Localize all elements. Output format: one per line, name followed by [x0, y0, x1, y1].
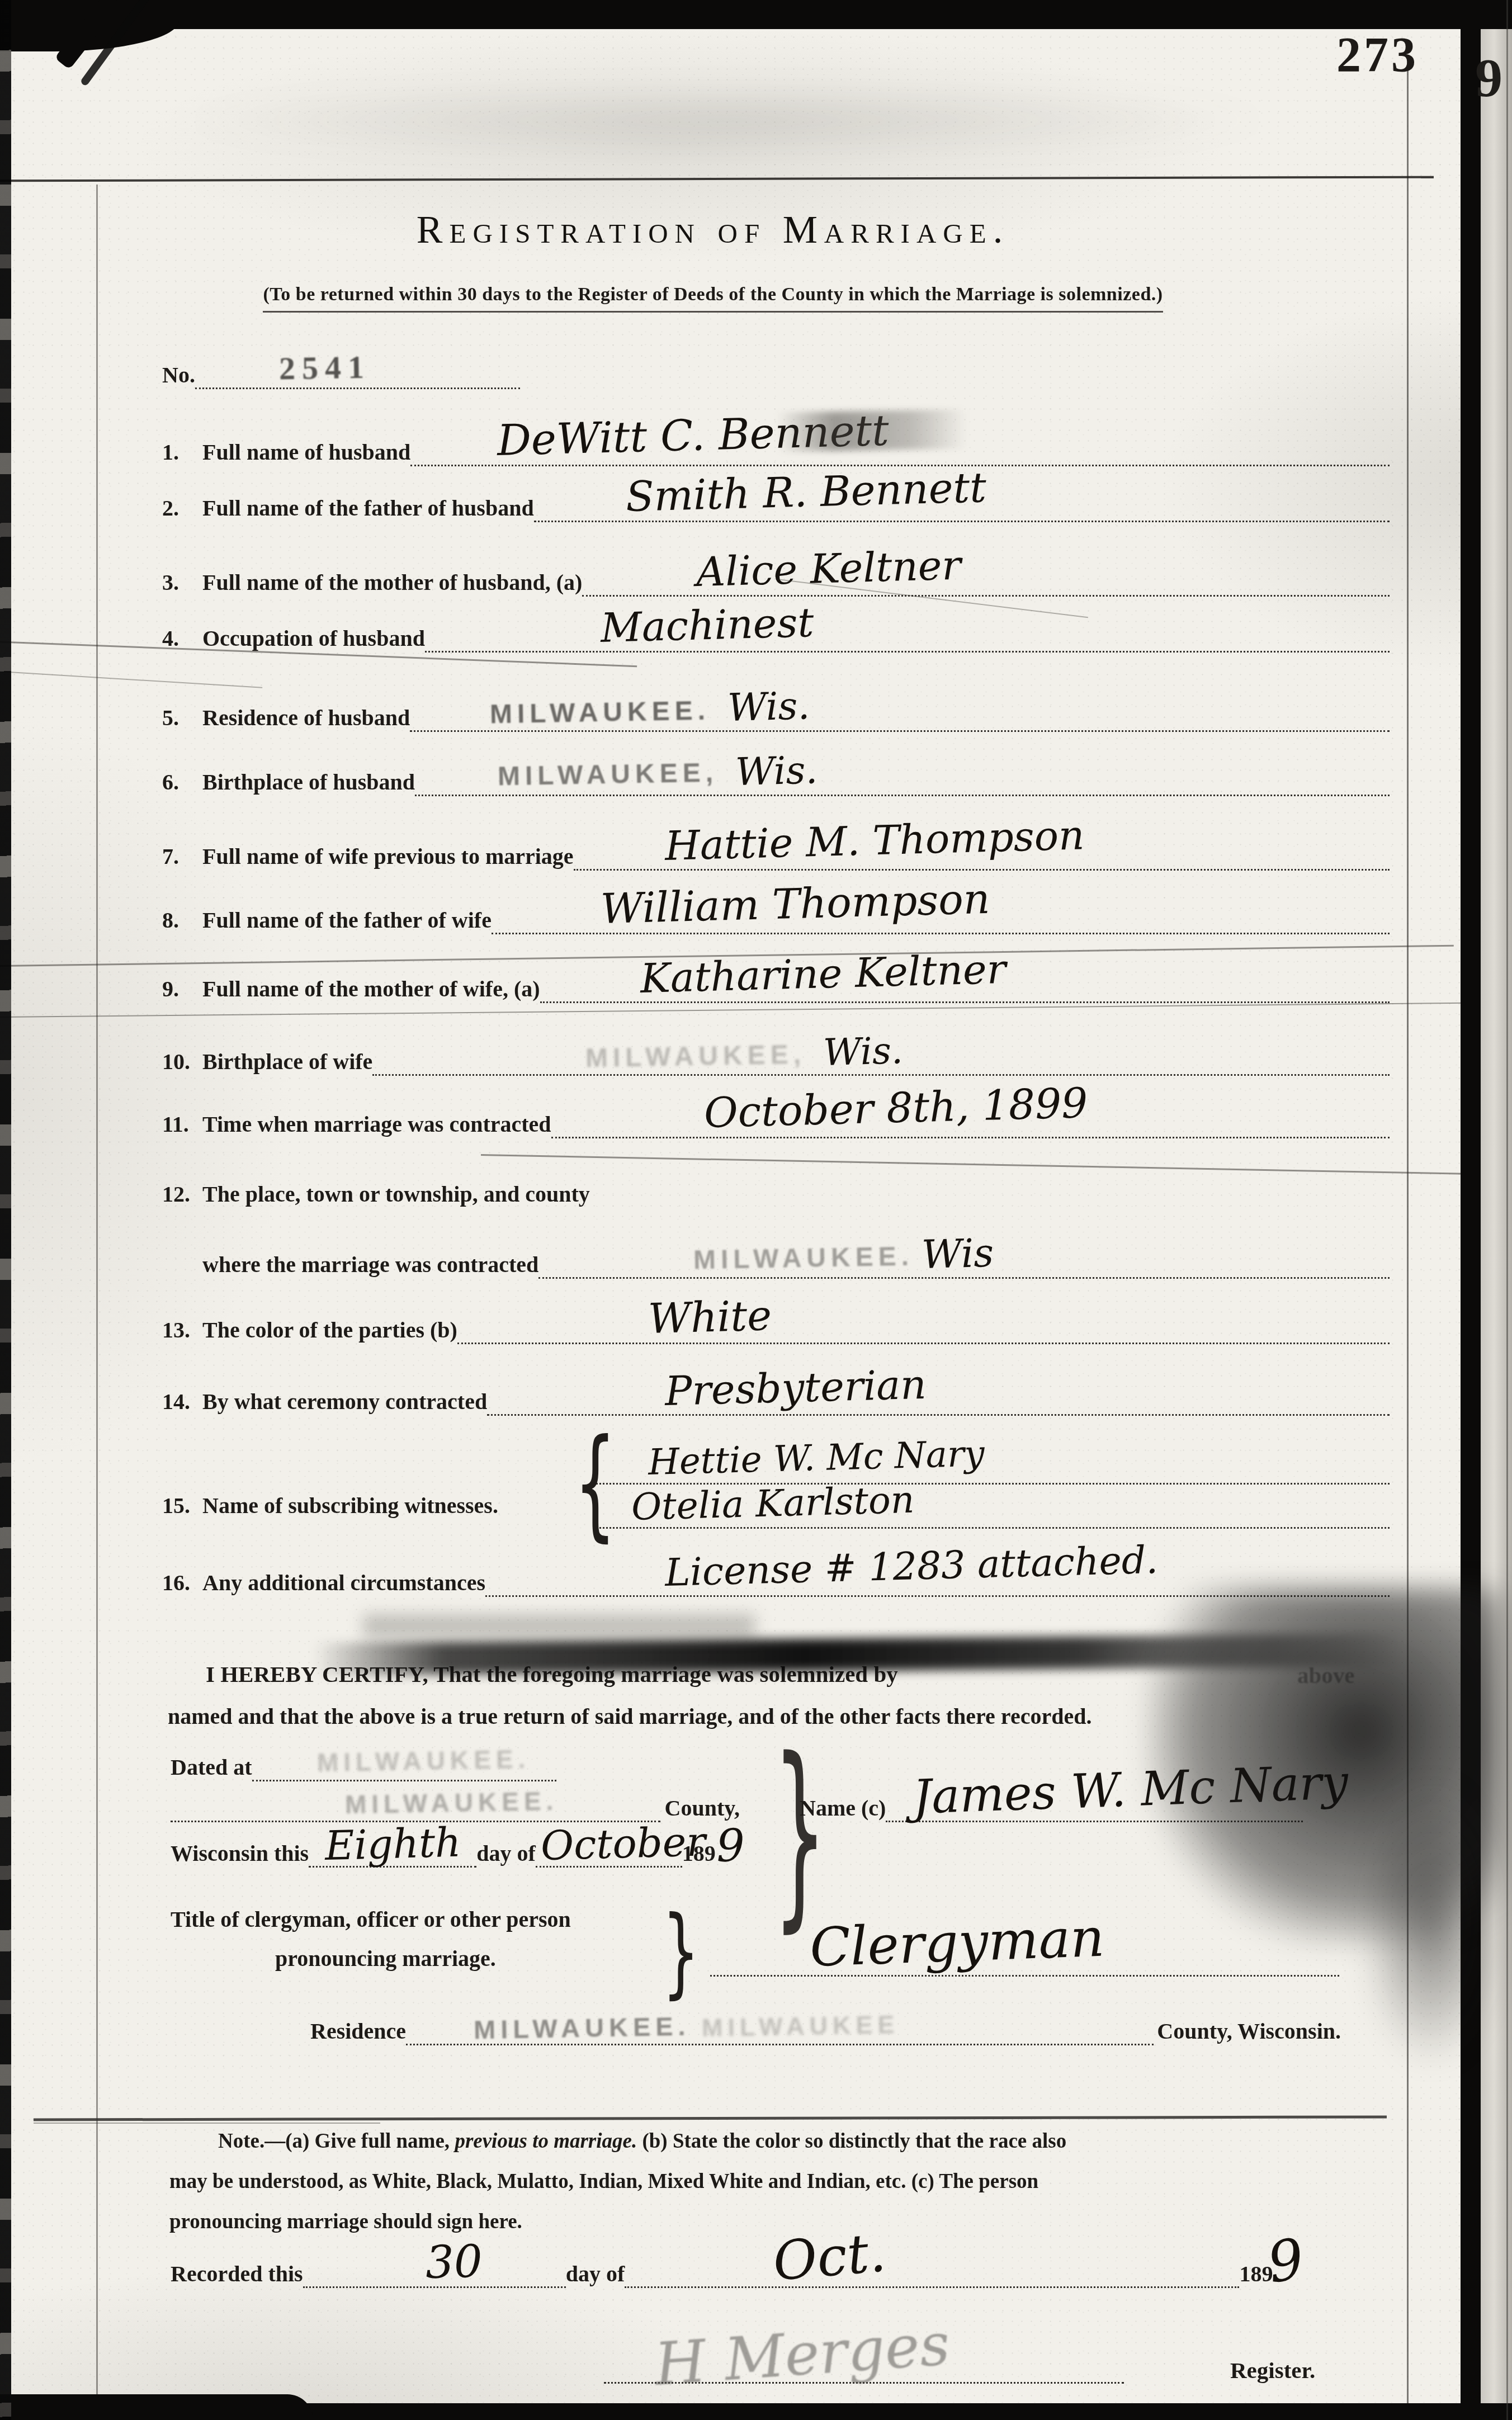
- field-label: Full name of the mother of wife, (a): [202, 975, 540, 1003]
- note-line-2: may be understood, as White, Black, Mula…: [169, 2170, 1038, 2194]
- handwritten-year-digit: 9: [716, 1823, 745, 1869]
- left-margin-rule: [96, 185, 98, 2399]
- note-line-1: Note.—(a) Give full name, previous to ma…: [218, 2129, 1066, 2153]
- witness-line-1: Hettie W. Mc Nary: [593, 1431, 1390, 1485]
- residence-row: Residence County, Wisconsin. MILWAUKEE. …: [310, 2017, 1341, 2045]
- milwaukee-stamp-faint: MILWAUKEE.: [345, 1788, 559, 1818]
- milwaukee-stamp: MILWAUKEE.: [474, 2013, 691, 2043]
- no-line: 2541: [195, 360, 520, 389]
- handwritten-month: October: [540, 1821, 706, 1866]
- field-row-11: 11. Time when marriage was contracted Oc…: [162, 1110, 1390, 1138]
- note-rest: (b) State the color so distinctly that t…: [637, 2130, 1066, 2153]
- handwritten-witness-1: Hettie W. Mc Nary: [648, 1436, 985, 1481]
- handwritten-value: Presbyterian: [664, 1364, 927, 1411]
- scratch-line: [0, 1003, 1465, 1018]
- handwritten-value: Wis.: [735, 751, 818, 792]
- field-row-5: 5. Residence of husband MILWAUKEE. Wis.: [162, 704, 1390, 732]
- field-number: 5.: [162, 704, 202, 732]
- scan-top-edge-bar: [0, 0, 1512, 29]
- no-label: No.: [162, 361, 195, 389]
- scanned-marriage-registration-page: 273 9 Registration of Marriage. (To be r…: [0, 0, 1512, 2420]
- handwritten-value: Smith R. Bennett: [625, 467, 987, 518]
- field-label: Full name of the father of wife: [202, 906, 492, 934]
- field-number: 13.: [162, 1316, 202, 1344]
- binding-stitch-edge: [0, 0, 11, 2420]
- handwritten-value: Katharine Keltner: [640, 949, 1007, 999]
- wisconsin-this-label: Wisconsin this: [171, 1840, 309, 1868]
- field-label: By what ceremony contracted: [202, 1388, 487, 1416]
- certify-line-1-end: above: [1297, 1662, 1355, 1689]
- recorded-day-of-label: day of: [566, 2260, 625, 2288]
- field-label-continued: where the marriage was contracted: [202, 1251, 538, 1279]
- field-number: 6.: [162, 768, 202, 796]
- handwritten-value: Wis: [921, 1233, 994, 1274]
- field-label: Full name of husband: [202, 438, 410, 466]
- field-label-group: 15.Name of subscribing witnesses.: [162, 1492, 498, 1520]
- handwritten-value: Wis.: [823, 1032, 903, 1071]
- recorded-day-line: 30: [303, 2257, 566, 2288]
- dated-at-row: Dated at MILWAUKEE.: [171, 1753, 556, 1781]
- clergy-title-line: Clergyman: [710, 1919, 1339, 1977]
- scratch-line: [481, 1154, 1465, 1175]
- county-row: County, MILWAUKEE.: [171, 1794, 740, 1822]
- field-line: [457, 1315, 1390, 1344]
- section-divider: [34, 2115, 1387, 2121]
- field-row-12a: 12. The place, town or township, and cou…: [162, 1180, 1390, 1208]
- field-row-14: 14. By what ceremony contracted Presbyte…: [162, 1388, 1390, 1416]
- field-number: 12.: [162, 1180, 202, 1208]
- name-label: Name (c): [800, 1794, 886, 1822]
- handwritten-value: Wis.: [727, 687, 810, 727]
- field-number: 7.: [162, 843, 202, 871]
- field-label: Birthplace of husband: [202, 768, 415, 796]
- handwritten-witness-2: Otelia Karlston: [631, 1482, 915, 1526]
- handwritten-recorded-day: 30: [425, 2239, 483, 2285]
- field-number: 10.: [162, 1048, 202, 1076]
- right-brace: }: [773, 1743, 826, 1922]
- month-line: October: [536, 1838, 682, 1868]
- field-line: [425, 623, 1390, 653]
- right-margin-rule: [1407, 62, 1409, 2420]
- section-divider-echo: [34, 2123, 380, 2124]
- handwritten-value: DeWitt C. Bennett: [497, 409, 890, 462]
- page-edge-line: [1506, 0, 1508, 2420]
- field-label: Occupation of husband: [202, 625, 425, 653]
- handwritten-recorded-month: Oct.: [771, 2225, 888, 2289]
- field-label: Name of subscribing witnesses.: [202, 1493, 498, 1518]
- handwritten-value: October 8th, 1899: [703, 1083, 1088, 1134]
- milwaukee-stamp-faint: MILWAUKEE: [702, 2012, 900, 2040]
- field-number: 3.: [162, 569, 202, 597]
- field-label: Time when marriage was contracted: [202, 1110, 551, 1138]
- clergy-label-line1: Title of clergyman, officer or other per…: [171, 1906, 571, 1934]
- day-of-label: day of: [476, 1840, 536, 1868]
- certify-strong: I HEREBY CERTIFY,: [206, 1661, 428, 1687]
- field-row-16: 16. Any additional circumstances License…: [162, 1569, 1390, 1597]
- witness-line-2: Otelia Karlston: [593, 1485, 1390, 1529]
- field-row-9: 9. Full name of the mother of wife, (a) …: [162, 975, 1390, 1003]
- certify-rest: That the foregoing marriage was solemniz…: [428, 1661, 898, 1687]
- milwaukee-stamp: MILWAUKEE,: [498, 760, 719, 791]
- form-title: Registration of Marriage.: [417, 209, 1009, 252]
- handwritten-register-signature: H Merges: [653, 2315, 952, 2394]
- field-label: Full name of wife previous to marriage: [202, 843, 574, 871]
- handwritten-value: Hattie M. Thompson: [664, 815, 1085, 866]
- record-number-row: No. 2541: [162, 361, 520, 389]
- county-wisconsin-label: County, Wisconsin.: [1154, 2017, 1341, 2045]
- milwaukee-stamp-faint: MILWAUKEE,: [585, 1042, 806, 1072]
- field-number: 2.: [162, 494, 202, 522]
- register-label: Register.: [1230, 2356, 1315, 2384]
- field-row-4: 4. Occupation of husband Machinest: [162, 625, 1390, 653]
- page-right-binding-bar: [1461, 0, 1481, 2420]
- field-number: 16.: [162, 1569, 202, 1597]
- recorded-month-line: Oct.: [625, 2257, 1239, 2288]
- edge-page-number: 9: [1475, 47, 1502, 110]
- right-brace-small: }: [662, 1909, 700, 1996]
- residence-label: Residence: [310, 2017, 406, 2045]
- field-number: 14.: [162, 1388, 202, 1416]
- witness-lines: Hettie W. Mc Nary Otelia Karlston: [593, 1431, 1390, 1528]
- note-line-3: pronouncing marriage should sign here.: [169, 2210, 522, 2234]
- field-row-6: 6. Birthplace of husband MILWAUKEE, Wis.: [162, 768, 1390, 796]
- field-row-12b: where the marriage was contracted MILWAU…: [162, 1251, 1390, 1279]
- page-number: 273: [1336, 27, 1419, 83]
- handwritten-value: William Thompson: [600, 878, 990, 930]
- field-row-1: 1. Full name of husband DeWitt C. Bennet…: [162, 438, 1390, 466]
- clergy-label-line2: pronouncing marriage.: [275, 1945, 496, 1973]
- certify-line-1: I HEREBY CERTIFY, That the foregoing mar…: [206, 1661, 898, 1688]
- field-row-8: 8. Full name of the father of wife Willi…: [162, 906, 1390, 934]
- field-label: Birthplace of wife: [202, 1048, 372, 1076]
- field-label: The color of the parties (b): [202, 1316, 457, 1344]
- milwaukee-stamp: MILWAUKEE.: [490, 698, 711, 729]
- milwaukee-stamp-faint: MILWAUKEE.: [317, 1746, 531, 1776]
- field-row-3: 3. Full name of the mother of husband, (…: [162, 569, 1390, 597]
- top-horizontal-rule: [0, 176, 1434, 182]
- smudge: [168, 84, 1286, 157]
- scan-bottom-left-edge: [0, 2394, 313, 2420]
- smudge: [363, 1615, 755, 1637]
- field-row-15: 15.Name of subscribing witnesses. { Hett…: [162, 1431, 1390, 1528]
- note-prefix: Note.—(a) Give full name,: [218, 2130, 455, 2153]
- scratch-line: [0, 671, 262, 688]
- field-number: 4.: [162, 625, 202, 653]
- field-row-2: 2. Full name of the father of husband Sm…: [162, 494, 1390, 522]
- record-number-stamp: 2541: [278, 351, 371, 385]
- milwaukee-stamp: MILWAUKEE.: [693, 1244, 914, 1274]
- left-brace: {: [574, 1430, 616, 1537]
- name-row: Name (c) James W. Mc Nary: [800, 1794, 1303, 1822]
- handwritten-clergy-title: Clergyman: [809, 1912, 1105, 1975]
- field-label: Full name of the father of husband: [202, 494, 534, 522]
- handwritten-value: Machinest: [600, 602, 814, 648]
- field-number: 11.: [162, 1110, 202, 1138]
- certify-line-2: named and that the above is a true retur…: [168, 1703, 1092, 1729]
- form-subtitle: (To be returned within 30 days to the Re…: [263, 284, 1163, 313]
- field-row-10: 10. Birthplace of wife MILWAUKEE, Wis.: [162, 1048, 1390, 1076]
- recorded-this-label: Recorded this: [171, 2260, 303, 2288]
- dated-at-label: Dated at: [171, 1753, 252, 1781]
- handwritten-value: White: [648, 1295, 772, 1340]
- handwritten-value: Alice Keltner: [696, 545, 961, 592]
- wisconsin-date-row: Wisconsin this Eighth day of October 189…: [171, 1836, 791, 1868]
- day-word-line: Eighth: [309, 1838, 476, 1868]
- field-number: 8.: [162, 906, 202, 934]
- field-number: 1.: [162, 438, 202, 466]
- field-number: 15.: [162, 1492, 202, 1520]
- handwritten-day-word: Eighth: [324, 1822, 461, 1866]
- handwritten-recorded-year-digit: 9: [1264, 2230, 1308, 2291]
- handwritten-clergy-name: James W. Mc Nary: [912, 1759, 1349, 1821]
- name-line: James W. Mc Nary: [886, 1793, 1303, 1822]
- field-line: [487, 1386, 1390, 1416]
- field-label: Full name of the mother of husband, (a): [202, 569, 582, 597]
- field-row-7: 7. Full name of wife previous to marriag…: [162, 843, 1390, 871]
- field-label: Any additional circumstances: [202, 1569, 485, 1597]
- register-signature-line: H Merges: [604, 2320, 1124, 2384]
- field-row-13: 13. The color of the parties (b) White: [162, 1316, 1390, 1344]
- field-number: 9.: [162, 975, 202, 1003]
- note-italic: previous to marriage.: [455, 2130, 637, 2153]
- recorded-row: Recorded this 30 day of Oct. 189 9: [171, 2254, 1308, 2288]
- field-label: The place, town or township, and county: [202, 1180, 590, 1208]
- field-label: Residence of husband: [202, 704, 410, 732]
